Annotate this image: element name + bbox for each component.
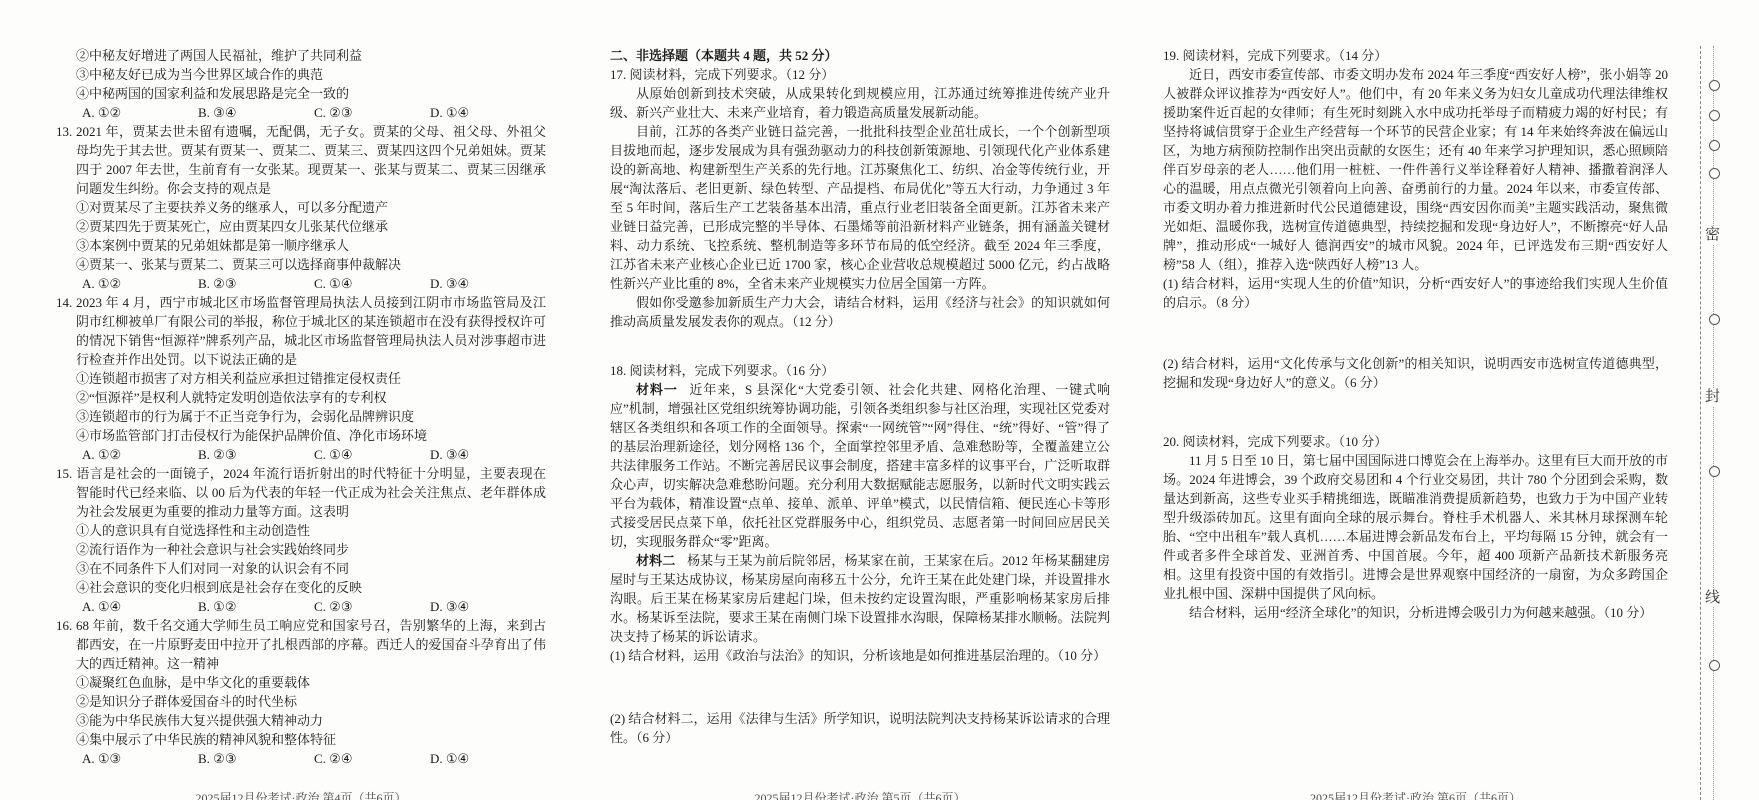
question-option: ②“恒源祥”是权利人就特定发明创造依法享有的专利权 [76,388,546,407]
answer-choice-a: A. ①② [82,103,198,122]
answer-choice-d: D. ③④ [430,445,546,464]
essay-question-19: 19. 阅读材料，完成下列要求。（14 分） 近日，西安市委宣传部、市委文明办发… [1163,46,1668,392]
question-stem: 16.68 年前，数千名交通大学师生员工响应党和国家号召，告别繁华的上海，来到古… [76,616,546,673]
question-stem-text: 68 年前，数千名交通大学师生员工响应党和国家号召，告别繁华的上海，来到古都西安… [76,618,546,671]
seal-dotted-line [1713,46,1714,800]
question-number: 14. [56,293,76,312]
answer-choice-a: A. ①④ [82,597,198,616]
answer-choice-b: B. ③④ [198,103,314,122]
material-two-label: 材料二 [636,553,675,568]
question-option: ②流行语作为一种社会意识与社会实践始终同步 [76,540,546,559]
question-option: ①连锁超市损害了对方相关利益应承担过错推定侵权责任 [76,369,546,388]
question-title: 17. 阅读材料，完成下列要求。（12 分） [610,65,1110,84]
question-option: ①凝聚红色血脉，是中华文化的重要载体 [76,673,546,692]
question-option: ②是知识分子群体爱国奋斗的时代坐标 [76,692,546,711]
material-paragraph: 从原始创新到技术突破，从成果转化到规模应用，江苏通过统筹推进传统产业升级、新兴产… [610,84,1110,122]
question-option: ②中秘友好增进了两国人民福祉，维护了共同利益 [76,46,546,65]
answer-row: A. ①② B. ②③ C. ①④ D. ③④ [76,445,546,464]
question-option: ④集中展示了中华民族的精神风貌和整体特征 [76,730,546,749]
answer-choice-b: B. ②③ [198,274,314,293]
question-stem: 13.2021 年，贾某去世未留有遗嘱，无配偶，无子女。贾某的父母、祖父母、外祖… [76,122,546,198]
seal-dashed-line [1700,46,1701,800]
question-stem-text: 2023 年 4 月，西宁市城北区市场监督管理局执法人员接到江阴市市场监管局及江… [76,295,546,367]
question-option: ③中秘友好已成为当今世界区域合作的典范 [76,65,546,84]
material-paragraph: 目前，江苏的各类产业链日益完善，一批批科技型企业茁壮成长，一个个创新型项目拔地而… [610,122,1110,293]
seal-char-feng: 封 [1705,388,1720,406]
material-two-text: 杨某与王某为前后院邻居，杨某家在前，王某家在后。2012 年杨某翻建房屋时与王某… [610,553,1110,644]
task-paragraph: 假如你受邀参加新质生产力大会，请结合材料，运用《经济与社会》的知识就如何推动高质… [610,293,1110,331]
page-footer: 2025届12月份考试·政治 第4页（共6页） [56,791,546,800]
section-header: 二、非选择题（本题共 4 题，共 52 分） [610,46,1110,65]
seal-ring-icon [1709,660,1720,671]
answer-choice-c: C. ②③ [314,103,430,122]
question-16: 16.68 年前，数千名交通大学师生员工响应党和国家号召，告别繁华的上海，来到古… [56,616,546,768]
question-option: ④市场监管部门打击侵权行为能保护品牌价值、净化市场环境 [76,426,546,445]
question-15: 15.语言是社会的一面镜子，2024 年流行语折射出的时代特征十分明显，主要表现… [56,464,546,616]
question-title: 18. 阅读材料，完成下列要求。（16 分） [610,361,1110,380]
material-one-text: 近年来，S 县深化“大党委引领、社会化共建、网格化治理、一键式响应”机制，增强社… [610,382,1110,549]
column-essay-19-20: 19. 阅读材料，完成下列要求。（14 分） 近日，西安市委宣传部、市委文明办发… [1163,46,1668,622]
answer-row: A. ①② B. ③④ C. ②③ D. ①④ [76,103,546,122]
question-12-partial: ②中秘友好增进了两国人民福祉，维护了共同利益 ③中秘友好已成为当今世界区域合作的… [56,46,546,122]
answer-choice-d: D. ③④ [430,274,546,293]
seal-char-mi: 密 [1705,226,1720,244]
column-multiple-choice: ②中秘友好增进了两国人民福祉，维护了共同利益 ③中秘友好已成为当今世界区域合作的… [56,46,546,768]
question-option: ①对贾某尽了主要扶养义务的继承人，可以多分配遗产 [76,198,546,217]
seal-line: 密 封 线 [1694,46,1728,800]
answer-choice-d: D. ①④ [430,103,546,122]
answer-choice-a: A. ①② [82,274,198,293]
page-footer: 2025届12月份考试·政治 第6页（共6页） [1163,791,1668,800]
question-number: 13. [56,122,76,141]
question-title: 19. 阅读材料，完成下列要求。（14 分） [1163,46,1668,65]
seal-ring-icon [1709,466,1720,477]
question-option: ③能为中华民族伟大复兴提供强大精神动力 [76,711,546,730]
question-option: ③连锁超市的行为属于不正当竞争行为，会弱化品牌辨识度 [76,407,546,426]
answer-choice-b: B. ①② [198,597,314,616]
answer-choice-c: C. ②④ [314,749,430,768]
answer-row: A. ①② B. ②③ C. ①④ D. ③④ [76,274,546,293]
material-one-label: 材料一 [636,382,678,397]
answer-choice-a: A. ①③ [82,749,198,768]
question-title: 20. 阅读材料，完成下列要求。（10 分） [1163,432,1668,451]
page-footer: 2025届12月份考试·政治 第5页（共6页） [610,791,1110,800]
question-14: 14.2023 年 4 月，西宁市城北区市场监督管理局执法人员接到江阴市市场监管… [56,293,546,464]
question-stem: 15.语言是社会的一面镜子，2024 年流行语折射出的时代特征十分明显，主要表现… [76,464,546,521]
sub-question-1: (1) 结合材料，运用“实现人生的价值”知识，分析“西安好人”的事迹给我们实现人… [1163,274,1668,312]
essay-question-20: 20. 阅读材料，完成下列要求。（10 分） 11 月 5 日至 10 日，第七… [1163,432,1668,622]
essay-question-18: 18. 阅读材料，完成下列要求。（16 分） 材料一近年来，S 县深化“大党委引… [610,361,1110,747]
question-number: 16. [56,616,76,635]
answer-choice-a: A. ①② [82,445,198,464]
seal-char-xian: 线 [1705,589,1720,607]
answer-row: A. ①③ B. ②③ C. ②④ D. ①④ [76,749,546,768]
answer-choice-b: B. ②③ [198,445,314,464]
question-option: ④中秘两国的国家利益和发展思路是完全一致的 [76,84,546,103]
sub-question-2: (2) 结合材料，运用“文化传承与文化创新”的相关知识，说明西安市选树宣传道德典… [1163,354,1668,392]
answer-choice-d: D. ①④ [430,749,546,768]
answer-choice-b: B. ②③ [198,749,314,768]
question-option: ①人的意识具有自觉选择性和主动创造性 [76,521,546,540]
answer-row: A. ①④ B. ①② C. ②③ D. ③④ [76,597,546,616]
question-stem: 14.2023 年 4 月，西宁市城北区市场监督管理局执法人员接到江阴市市场监管… [76,293,546,369]
material-paragraph: 11 月 5 日至 10 日，第七届中国国际进口博览会在上海举办。这里有巨大而开… [1163,451,1668,603]
question-option: ③在不同条件下人们对同一对象的认识会有不同 [76,559,546,578]
question-13: 13.2021 年，贾某去世未留有遗嘱，无配偶，无子女。贾某的父母、祖父母、外祖… [56,122,546,293]
task-paragraph: 结合材料，运用“经济全球化”的知识，分析进博会吸引力为何越来越强。（10 分） [1163,603,1668,622]
answer-choice-c: C. ②③ [314,597,430,616]
question-option: ④社会意识的变化归根到底是社会存在变化的反映 [76,578,546,597]
seal-ring-icon [1709,110,1720,121]
question-stem-text: 语言是社会的一面镜子，2024 年流行语折射出的时代特征十分明显，主要表现在智能… [76,466,546,519]
question-option: ④贾某一、张某与贾某二、贾某三可以选择商事仲裁解决 [76,255,546,274]
seal-ring-icon [1709,140,1720,151]
material-one-paragraph: 材料一近年来，S 县深化“大党委引领、社会化共建、网格化治理、一键式响应”机制，… [610,380,1110,551]
seal-ring-icon [1709,80,1720,91]
question-stem-text: 2021 年，贾某去世未留有遗嘱，无配偶，无子女。贾某的父母、祖父母、外祖父母均… [76,124,546,196]
material-two-paragraph: 材料二杨某与王某为前后院邻居，杨某家在前，王某家在后。2012 年杨某翻建房屋时… [610,551,1110,646]
question-option: ③本案例中贾某的兄弟姐妹都是第一顺序继承人 [76,236,546,255]
answer-choice-c: C. ①④ [314,274,430,293]
sub-question-2: (2) 结合材料二，运用《法律与生活》所学知识，说明法院判决支持杨某诉讼请求的合… [610,709,1110,747]
seal-ring-icon [1709,314,1720,325]
question-option: ②贾某四先于贾某死亡，应由贾某四女儿张某代位继承 [76,217,546,236]
seal-ring-icon [1709,168,1720,179]
material-paragraph: 近日，西安市委宣传部、市委文明办发布 2024 年三季度“西安好人榜”，张小娟等… [1163,65,1668,274]
sub-question-1: (1) 结合材料，运用《政治与法治》的知识，分析该地是如何推进基层治理的。（10… [610,646,1110,665]
question-number: 15. [56,464,76,483]
column-essay-17-18: 二、非选择题（本题共 4 题，共 52 分） 17. 阅读材料，完成下列要求。（… [610,46,1110,747]
answer-choice-c: C. ①④ [314,445,430,464]
essay-question-17: 17. 阅读材料，完成下列要求。（12 分） 从原始创新到技术突破，从成果转化到… [610,65,1110,331]
answer-choice-d: D. ③④ [430,597,546,616]
